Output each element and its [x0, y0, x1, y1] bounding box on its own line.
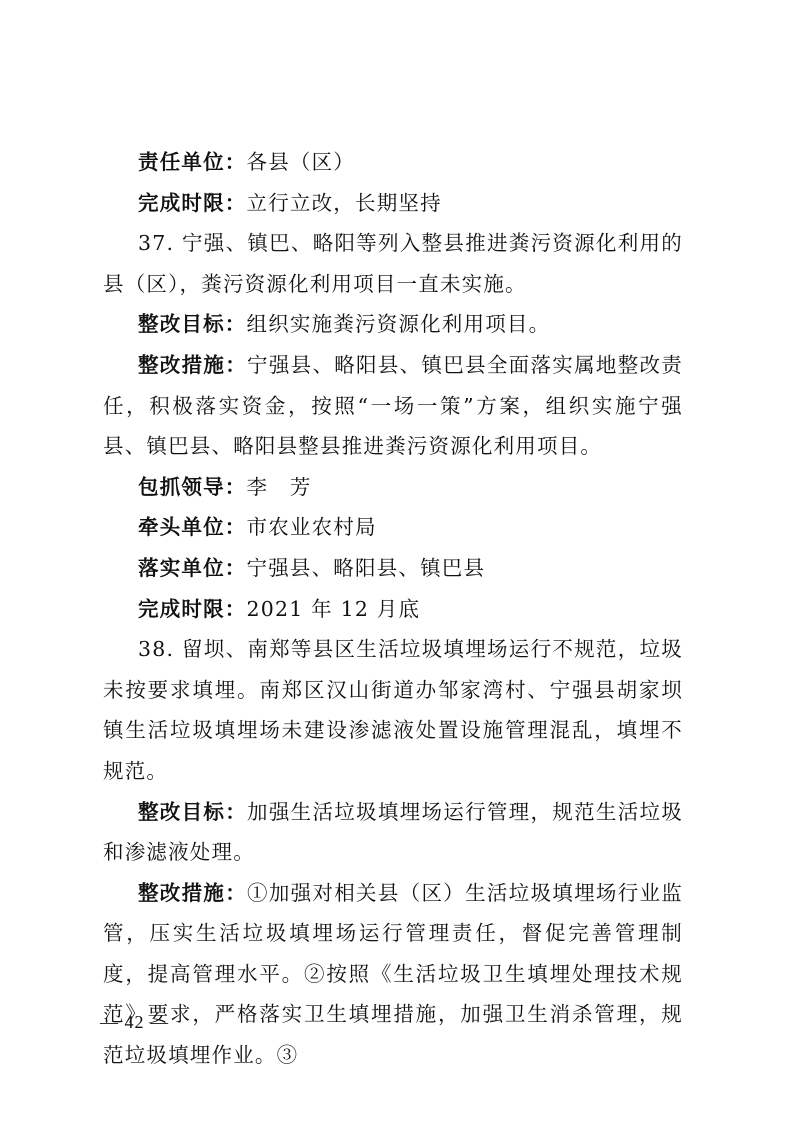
page-number: — 42 — [100, 1012, 169, 1033]
paragraph-deadline-2: 完成时限：2021 年 12 月底 [103, 589, 683, 630]
paragraph-goal-2: 整改目标：加强生活垃圾填埋场运行管理，规范生活垃圾和渗滤液处理。 [103, 792, 683, 873]
paragraph-lead-unit: 牵头单位：市农业农村局 [103, 507, 683, 548]
paragraph-leader: 包抓领导：李 芳 [103, 467, 683, 508]
paragraph-measures: 整改措施：宁强县、略阳县、镇巴县全面落实属地整改责任，积极落实资金，按照“一场一… [103, 345, 683, 467]
paragraph-measures-2: 整改措施：①加强对相关县（区）生活垃圾填埋场行业监管，压实生活垃圾填埋场运行管理… [103, 873, 683, 1076]
paragraph-item-38: 38. 留坝、南郑等县区生活垃圾填埋场运行不规范，垃圾未按要求填埋。南郑区汉山街… [103, 629, 683, 791]
paragraph-goal: 整改目标：组织实施粪污资源化利用项目。 [103, 304, 683, 345]
paragraph-deadline: 完成时限：立行立改，长期坚持 [103, 183, 683, 224]
document-body: 责任单位：各县（区） 完成时限：立行立改，长期坚持 37. 宁强、镇巴、略阳等列… [103, 142, 683, 1076]
paragraph-item-37: 37. 宁强、镇巴、略阳等列入整县推进粪污资源化利用的县（区），粪污资源化利用项… [103, 223, 683, 304]
paragraph-implementing-unit: 落实单位：宁强县、略阳县、镇巴县 [103, 548, 683, 589]
paragraph-responsible-unit: 责任单位：各县（区） [103, 142, 683, 183]
